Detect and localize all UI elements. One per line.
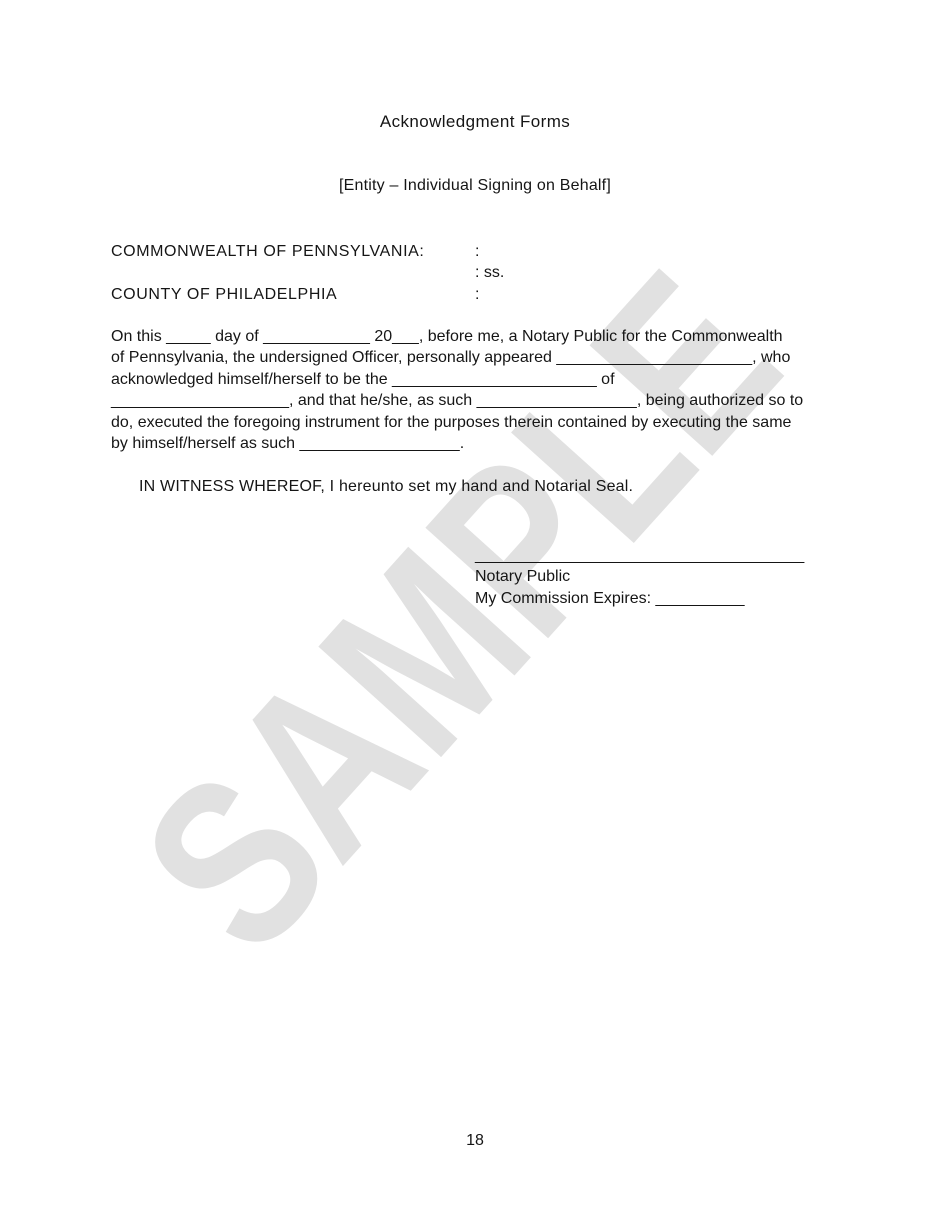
acknowledgment-paragraph: On this _____ day of ____________ 20___,…: [111, 326, 871, 454]
document-content: Acknowledgment Forms [Entity – Individua…: [0, 0, 950, 1230]
commonwealth-colon: :: [475, 241, 479, 262]
notary-signature-line: _____________________________________: [475, 545, 804, 566]
venue-row-commonwealth: COMMONWEALTH OF PENNSYLVANIA: :: [0, 241, 950, 262]
notary-role-label: Notary Public: [475, 566, 804, 587]
witness-statement: IN WITNESS WHEREOF, I hereunto set my ha…: [139, 478, 633, 496]
notary-signature-block: _____________________________________ No…: [475, 545, 804, 609]
commission-expires-line: My Commission Expires: __________: [475, 588, 804, 609]
document-page: SAMPLE Acknowledgment Forms [Entity – In…: [0, 0, 950, 1230]
document-title: Acknowledgment Forms: [0, 112, 950, 132]
document-subtitle: [Entity – Individual Signing on Behalf]: [0, 177, 950, 195]
venue-block: COMMONWEALTH OF PENNSYLVANIA: : : ss. CO…: [0, 241, 950, 305]
commonwealth-label: COMMONWEALTH OF PENNSYLVANIA:: [111, 241, 424, 262]
venue-row-ss: : ss.: [0, 262, 950, 283]
county-label: COUNTY OF PHILADELPHIA: [111, 284, 337, 305]
page-number: 18: [0, 1132, 950, 1150]
county-colon: :: [475, 284, 479, 305]
ss-label: : ss.: [475, 262, 504, 283]
venue-row-county: COUNTY OF PHILADELPHIA :: [0, 284, 950, 305]
